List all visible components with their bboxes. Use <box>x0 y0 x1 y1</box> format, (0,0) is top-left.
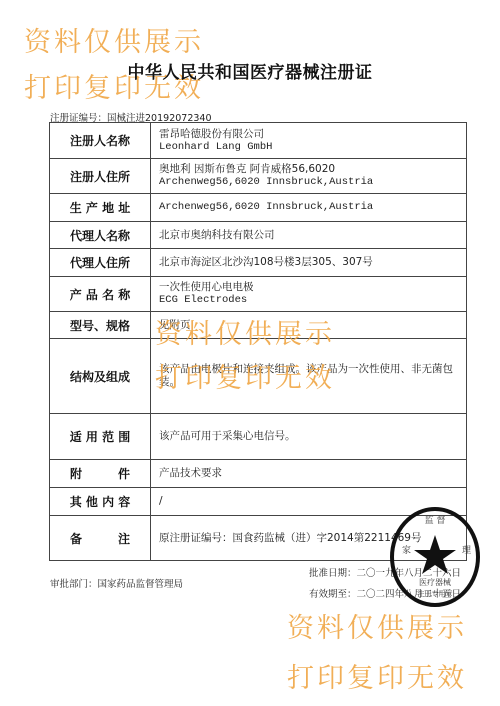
label: 注册人住所 <box>50 159 151 194</box>
row-scope: 适 用 范 围 该产品可用于采集心电信号。 <box>50 414 467 460</box>
row-production-address: 生 产 地 址 Archenweg56,6020 Innsbruck,Austr… <box>50 194 467 222</box>
row-product-name: 产 品 名 称 一次性使用心电电极ECG Electrodes <box>50 277 467 312</box>
row-registrant-address: 注册人住所 奥地利 因斯布鲁克 阿肯威格56,6020Archenweg56,6… <box>50 159 467 194</box>
value: 奥地利 因斯布鲁克 阿肯威格56,6020Archenweg56,6020 In… <box>151 159 467 194</box>
watermark-line1-bottom: 资料仅供展示 <box>287 606 467 645</box>
approval-department: 审批部门：国家药品监督管理局 <box>50 576 183 590</box>
svg-text:医疗器械: 医疗器械 <box>419 577 451 587</box>
value: 该产品可用于采集心电信号。 <box>151 414 467 460</box>
label: 生 产 地 址 <box>50 194 151 222</box>
value: 北京市海淀区北沙沟108号楼3层305、307号 <box>151 249 467 277</box>
row-agent-name: 代理人名称 北京市奥纳科技有限公司 <box>50 222 467 249</box>
value: 产品技术要求 <box>151 460 467 488</box>
watermark-line2-bottom: 打印复印无效 <box>287 656 467 695</box>
label: 注册人名称 <box>50 123 151 159</box>
row-agent-address: 代理人住所 北京市海淀区北沙沟108号楼3层305、307号 <box>50 249 467 277</box>
label: 代理人名称 <box>50 222 151 249</box>
label: 代理人住所 <box>50 249 151 277</box>
value: 一次性使用心电电极ECG Electrodes <box>151 277 467 312</box>
svg-text:监 督: 监 督 <box>425 514 446 526</box>
row-attachment: 附 件 产品技术要求 <box>50 460 467 488</box>
row-model-spec: 型号、规格 见附页 <box>50 312 467 339</box>
label: 适 用 范 围 <box>50 414 151 460</box>
value: 雷昂哈德股份有限公司Leonhard Lang GmbH <box>151 123 467 159</box>
label: 产 品 名 称 <box>50 277 151 312</box>
row-registrant-name: 注册人名称 雷昂哈德股份有限公司Leonhard Lang GmbH <box>50 123 467 159</box>
label: 备 注 <box>50 516 151 561</box>
value: 见附页 <box>151 312 467 339</box>
document-title: 中华人民共和国医疗器械注册证 <box>0 58 500 83</box>
label: 结构及组成 <box>50 339 151 414</box>
label: 型号、规格 <box>50 312 151 339</box>
svg-text:家: 家 <box>402 544 411 556</box>
label: 附 件 <box>50 460 151 488</box>
value: Archenweg56,6020 Innsbruck,Austria <box>151 194 467 222</box>
svg-text:注册专用章: 注册专用章 <box>418 589 453 598</box>
official-seal-icon: 监 督 家 理 医疗器械 注册专用章 <box>388 505 482 609</box>
value: 该产品由电极片和连接夹组成。该产品为一次性使用、非无菌包装。 <box>151 339 467 414</box>
svg-text:理: 理 <box>462 545 471 556</box>
watermark-line1-top: 资料仅供展示 <box>24 20 204 59</box>
value: 北京市奥纳科技有限公司 <box>151 222 467 249</box>
row-structure: 结构及组成 该产品由电极片和连接夹组成。该产品为一次性使用、非无菌包装。 <box>50 339 467 414</box>
label: 其 他 内 容 <box>50 488 151 516</box>
certificate-table: 注册人名称 雷昂哈德股份有限公司Leonhard Lang GmbH 注册人住所… <box>49 122 467 561</box>
